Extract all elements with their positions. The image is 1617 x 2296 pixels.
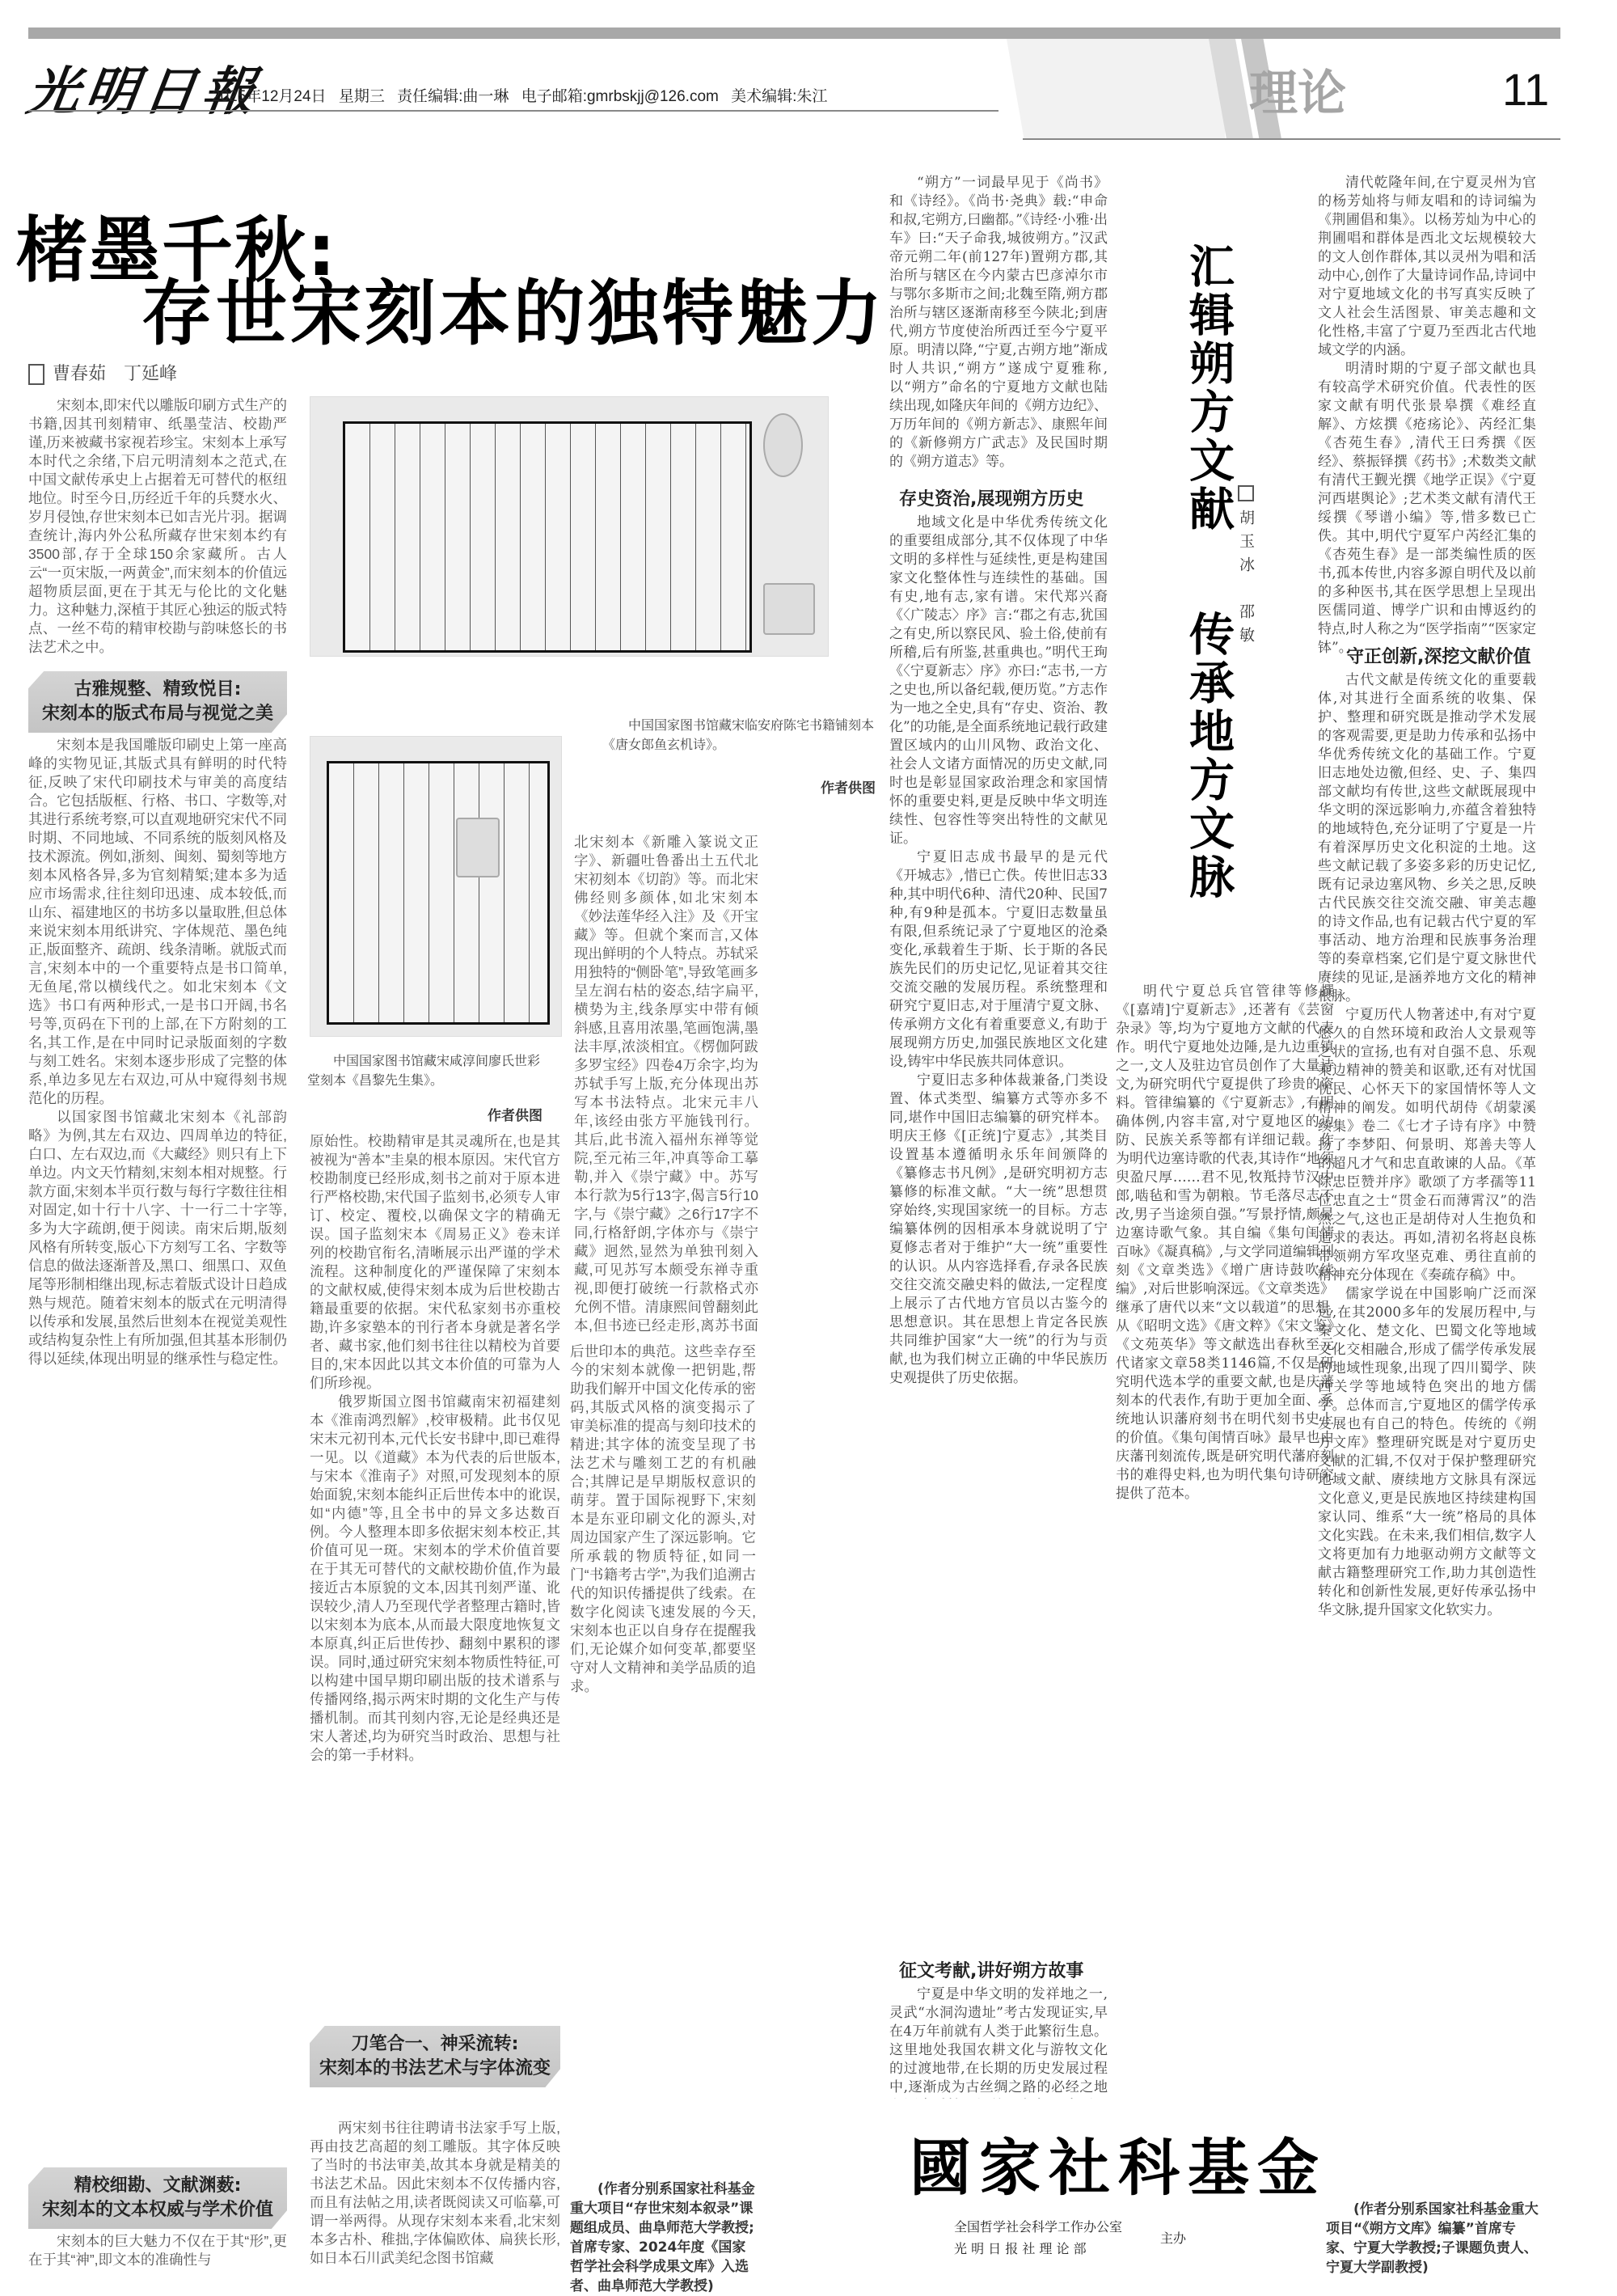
article2-byline: 胡玉冰 邵敏	[1235, 485, 1257, 650]
art-editor: 美术编辑:朱江	[731, 88, 827, 105]
article1-section3-body: 两宋刻书往往聘请书法家手写上版,再由技艺高超的刻工雕版。其字体反映了当时的书法审…	[310, 2119, 560, 2289]
article2-section1-body: 地域文化是中华优秀传统文化的重要组成部分,其不仅体现了中华文明的多样性与延续性,…	[889, 514, 1108, 1824]
article1-title-line2: 存世宋刻本的独特魅力	[141, 257, 885, 359]
article1-col3-body: 原始性。校勘精审是其灵魂所在,也是其被视为“善本”圭臬的根本原因。宋代官方校勘制…	[310, 1132, 560, 1973]
editor-email: 电子邮箱:gmrbskjj@126.com	[521, 88, 719, 105]
section-label: 理论	[1249, 55, 1346, 125]
article2-section3-body: 古代文献是传统文化的重要载体,对其进行全面系统的收集、保护、整理和研究既是推动学…	[1318, 671, 1536, 2175]
article1-subhead-2: 精校细勘、文献渊薮: 宋刻本的文本权威与学术价值	[28, 2167, 287, 2229]
issue-weekday: 星期三	[339, 88, 385, 105]
page-number: 11	[1502, 63, 1549, 116]
photo1-credit: 作者供图	[821, 776, 876, 797]
sponsor-block: 全国哲学社会科学工作办公室 光 明 日 报 社 理 论 部	[954, 2216, 1122, 2260]
article2-subhead-3: 守正创新,深挖文献价值	[1346, 643, 1530, 668]
issue-meta: 2025年12月24日 星期三 责任编辑:曲一琳 电子邮箱:gmrbskjj@1…	[212, 84, 827, 106]
byline-box-icon	[1238, 485, 1254, 501]
fund-logo: 國家社科基金	[910, 2119, 1327, 2207]
article1-col4-body: 后世印本的典范。这些幸存至今的宋刻本就像一把钥匙,帮助我们解开中国文化传承的密码…	[570, 1343, 756, 2103]
sponsor-line2: 光 明 日 报 社 理 论 部	[954, 2238, 1122, 2260]
article1-byline: 曹春茹 丁延峰	[28, 360, 177, 385]
photo2-caption: 中国国家图书馆藏宋咸淳间廖氏世彩堂刻本《昌黎先生集》。	[307, 1051, 550, 1090]
sponsor-line1: 全国哲学社会科学工作办公室	[954, 2216, 1122, 2238]
photo-yu-xuanji-poems	[310, 396, 829, 657]
photo2-credit: 作者供图	[488, 1104, 543, 1124]
header-top-bar	[28, 27, 1560, 39]
article1-intro: 宋刻本,即宋代以雕版印刷方式生产的书籍,因其刊刻精审、纸墨莹洁、校勘严谨,历来被…	[28, 396, 287, 657]
article1-col2-body: 北宋刻本《新雕入篆说文正字》、新疆吐鲁番出土五代北宋初刻本《切韵》等。而北宋佛经…	[574, 833, 758, 1334]
article2-mid-col: 明代宁夏总兵官管律等修撰《[嘉靖]宁夏新志》,还著有《芸窗杂录》等,均为宁夏地方…	[1116, 983, 1334, 2099]
article2-authors: 胡玉冰 邵敏	[1237, 510, 1255, 650]
article1-subhead-1: 古雅规整、精致悦目: 宋刻本的版式布局与视觉之美	[28, 671, 287, 733]
byline-box-icon	[28, 364, 44, 385]
responsible-editor: 责任编辑:曲一琳	[397, 88, 509, 105]
article1-section1-body: 宋刻本是我国雕版印刷史上第一座高峰的实物见证,其版式具有鲜明的时代特征,反映了宋…	[28, 736, 287, 2095]
article2-subhead-2: 征文考献,讲好朔方故事	[899, 1957, 1083, 1982]
article1-authors: 曹春茹 丁延峰	[53, 364, 177, 384]
article1-author-note: (作者分别系国家社科基金重大项目“存世宋刻本叙录”课题组成员、曲阜师范大学教授;…	[570, 2180, 756, 2296]
article2-author-note: (作者分别系国家社科基金重大项目“《朔方文库》编纂”首席专家、宁夏大学教授;子课…	[1326, 2200, 1540, 2277]
article1-subhead-3: 刀笔合一、神采流转: 宋刻本的书法艺术与字体流变	[310, 2026, 560, 2087]
article2-intro: “朔方”一词最早见于《尚书》和《诗经》。《尚书·尧典》载:“申命和叔,宅朔方,曰…	[889, 174, 1108, 471]
sponsor-suffix: 主办	[1160, 2228, 1186, 2247]
article1-section2-body: 宋刻本的巨大魅力不仅在于其“形”,更在于其“神”,即文本的准确性与	[28, 2232, 287, 2269]
header-divider-right	[1023, 138, 1560, 140]
header-divider	[28, 110, 998, 112]
article2-title-part2: 传承地方文脉	[1176, 611, 1241, 902]
photo1-caption: 中国国家图书馆藏宋临安府陈宅书籍铺刻本《唐女郎鱼玄机诗》。	[602, 716, 877, 755]
photo-changli-collection	[310, 736, 562, 1037]
article2-title-part1: 汇辑朔方文献	[1176, 243, 1241, 534]
article2-right-intro: 清代乾隆年间,在宁夏灵州为官的杨芳灿将与师友唱和的诗词编为《荆圃倡和集》。以杨芳…	[1318, 174, 1536, 658]
article2-subhead-1: 存史资治,展现朔方历史	[899, 485, 1083, 510]
article2-section2-body: 宁夏是中华文明的发祥地之一,灵武“水洞沟遗址”考古发现证实,早在4万年前就有人类…	[889, 1985, 1108, 2099]
issue-date: 2025年12月24日	[212, 88, 327, 105]
